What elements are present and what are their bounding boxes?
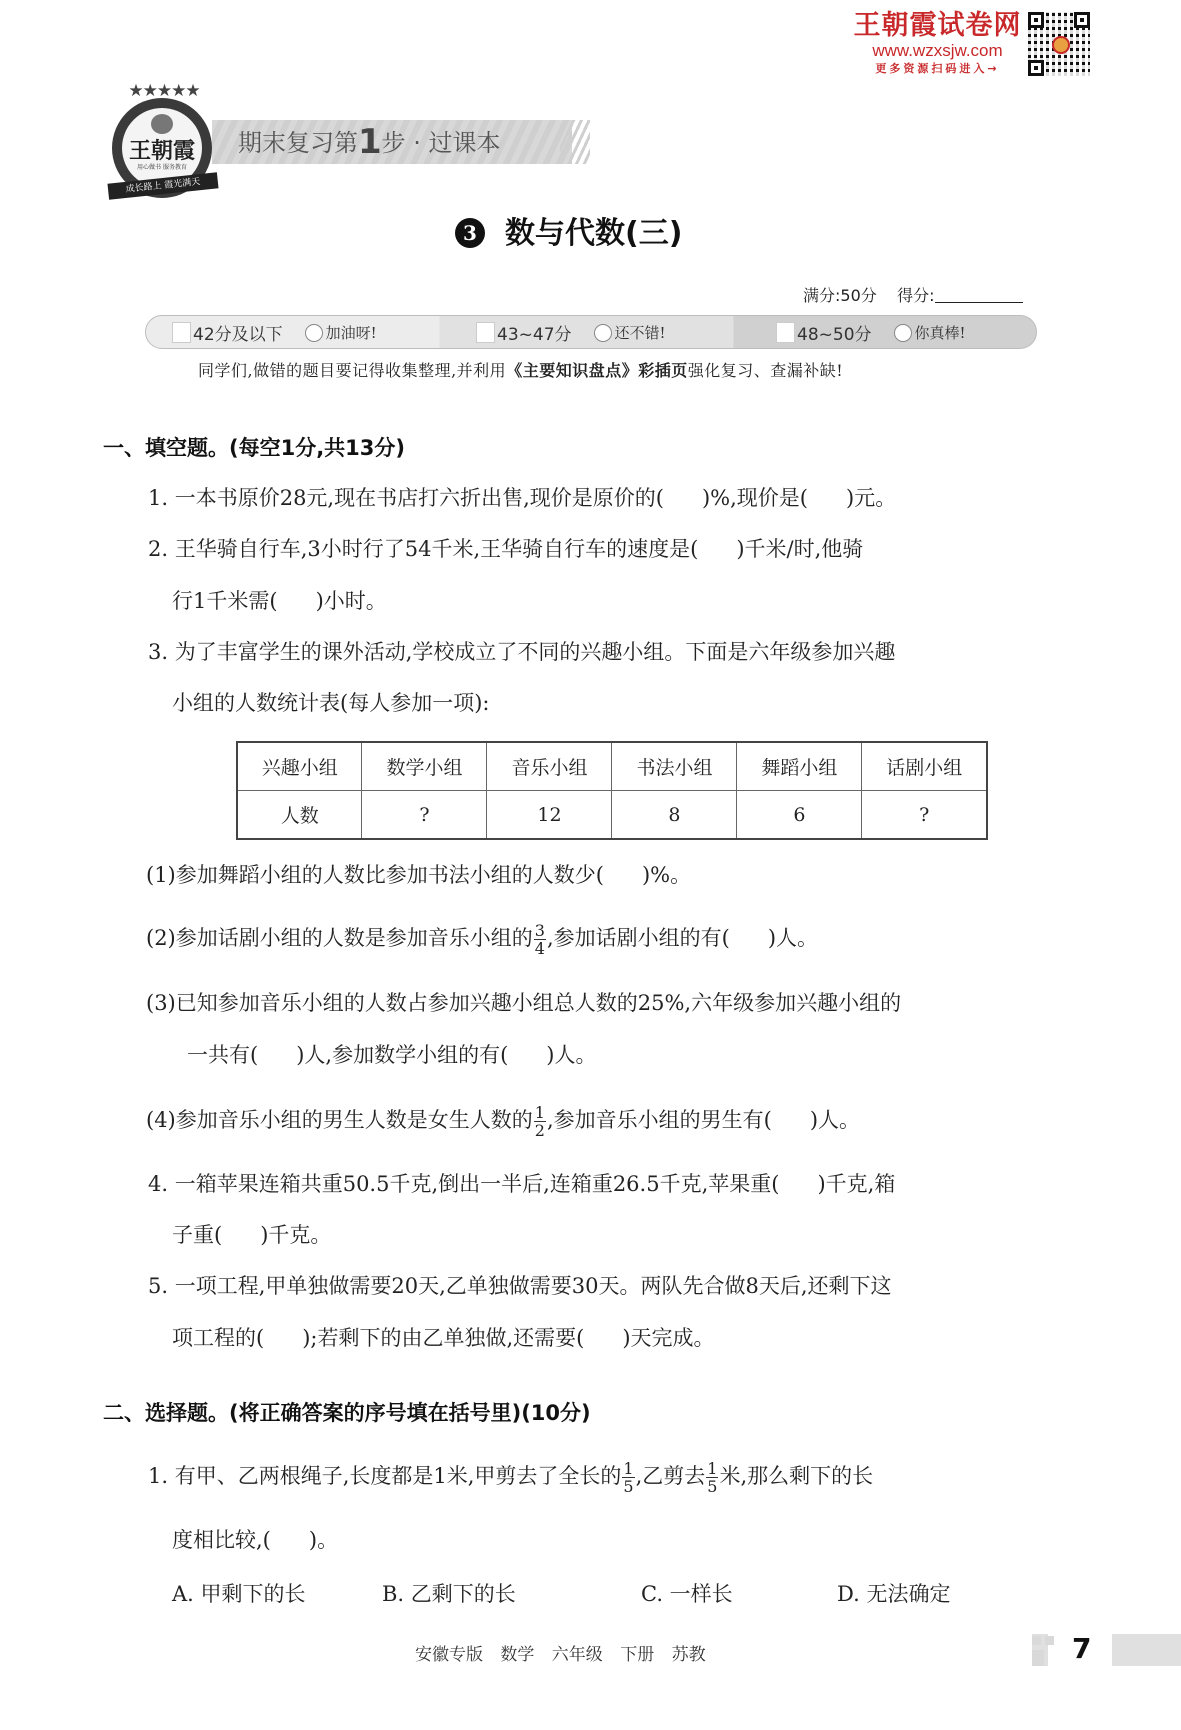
question-1-4-line1: 4. 一箱苹果连箱共重50.5千克,倒出一半后,连箱重26.5千克,苹果重()千… [148, 1169, 895, 1199]
logo-portrait-icon [151, 114, 173, 134]
score-input-blank[interactable] [935, 288, 1023, 303]
question-1-3-sub2: (2)参加话剧小组的人数是参加音乐小组的34,参加话剧小组的有()人。 [146, 922, 818, 957]
rating-checkbox[interactable] [476, 322, 495, 343]
question-1-1: 1. 一本书原价28元,现在书店打六折出售,现价是原价的()%,现价是()元。 [148, 483, 896, 513]
question-1-3-line2: 小组的人数统计表(每人参加一项): [172, 688, 489, 718]
unit-title: 数与代数(三) [505, 216, 682, 251]
banner-prefix: 期末复习第 [238, 129, 358, 157]
table-header-row: 兴趣小组 数学小组 音乐小组 书法小组 舞蹈小组 话剧小组 [237, 742, 987, 791]
publisher-logo: ★★★★★ 王朝霞 用心做书 服务教育 成长路上 霞光满天 [108, 78, 218, 204]
qr-code-icon[interactable] [1028, 12, 1090, 76]
star-face-icon [894, 324, 912, 342]
footer-edition: 安徽专版 数学 六年级 下册 苏教 [415, 1640, 706, 1665]
logo-stars-icon: ★★★★★ [116, 80, 212, 102]
page-decoration [1032, 1636, 1041, 1645]
brand-block: 王朝霞试卷网 www.wzxsjw.com 更多资源扫码进入→ [850, 10, 1025, 78]
rating-range: 48~50分 [797, 320, 872, 345]
question-1-3-sub3-line1: (3)已知参加音乐小组的人数占参加兴趣小组总人数的25%,六年级参加兴趣小组的 [146, 988, 901, 1018]
question-1-4-line2: 子重()千克。 [172, 1220, 331, 1250]
study-tip: 同学们,做错的题目要记得收集整理,并利用《主要知识盘点》彩插页强化复习、查漏补缺… [198, 358, 843, 381]
page-title: 3数与代数(三) [455, 212, 682, 256]
banner-suffix: 步 · 过课本 [382, 129, 501, 157]
score-line: 满分:50分 得分: [803, 283, 1023, 306]
rating-message: 你真棒! [915, 322, 966, 343]
page-decoration [1045, 1636, 1054, 1645]
rating-range: 42分及以下 [193, 320, 283, 345]
table-cell: 兴趣小组 [237, 742, 362, 791]
option-d[interactable]: D. 无法确定 [837, 1578, 950, 1608]
fraction: 15 [706, 1460, 718, 1495]
question-1-3-sub1: (1)参加舞蹈小组的人数比参加书法小组的人数少()%。 [146, 860, 691, 890]
full-score: 满分:50分 [803, 286, 877, 305]
rating-range: 43~47分 [497, 320, 572, 345]
rating-option-3[interactable]: 48~50分 你真棒! [776, 320, 966, 345]
rating-option-1[interactable]: 42分及以下 加油呀! [172, 320, 377, 345]
brand-name: 王朝霞试卷网 [850, 10, 1025, 42]
question-1-3-sub4: (4)参加音乐小组的男生人数是女生人数的12,参加音乐小组的男生有()人。 [146, 1104, 860, 1139]
rating-message: 还不错! [615, 322, 666, 343]
section-2-heading: 二、选择题。(将正确答案的序号填在括号里)(10分) [103, 1397, 591, 1427]
question-2-1-line1: 1. 有甲、乙两根绳子,长度都是1米,甲剪去了全长的15,乙剪去15米,那么剩下… [148, 1460, 873, 1495]
table-cell: 音乐小组 [487, 742, 612, 791]
rating-message: 加油呀! [326, 322, 377, 343]
question-2-1-line2: 度相比较,()。 [172, 1525, 338, 1555]
table-cell: 人数 [237, 791, 362, 840]
banner-step-number: 1 [358, 122, 382, 162]
table-cell: 书法小组 [612, 742, 737, 791]
table-cell: 6 [737, 791, 862, 840]
smile-face-icon [594, 324, 612, 342]
fraction: 15 [622, 1460, 634, 1495]
self-rating-bar: 42分及以下 加油呀! 43~47分 还不错! 48~50分 你真棒! [145, 315, 1037, 349]
question-1-5-line2: 项工程的();若剩下的由乙单独做,还需要()天完成。 [172, 1323, 715, 1353]
tip-bold-reference: 《主要知识盘点》彩插页 [506, 361, 688, 380]
table-cell: 舞蹈小组 [737, 742, 862, 791]
fraction: 34 [534, 922, 546, 957]
table-cell: 12 [487, 791, 612, 840]
tip-text-end: 强化复习、查漏补缺! [688, 361, 843, 380]
banner-stripes [560, 120, 590, 164]
table-cell: ? [862, 791, 987, 840]
option-c[interactable]: C. 一样长 [641, 1578, 733, 1608]
logo-subtitle: 用心做书 服务教育 [122, 162, 202, 171]
question-1-2-line2: 行1千米需()小时。 [172, 586, 387, 616]
option-a[interactable]: A. 甲剩下的长 [172, 1578, 306, 1608]
got-score-label: 得分: [897, 286, 934, 305]
table-cell: 数学小组 [362, 742, 487, 791]
section-1-heading: 一、填空题。(每空1分,共13分) [103, 432, 405, 462]
question-1-5-line1: 5. 一项工程,甲单独做需要20天,乙单独做需要30天。两队先合做8天后,还剩下… [148, 1271, 892, 1301]
question-1-3-sub3-line2: 一共有()人,参加数学小组的有()人。 [187, 1040, 596, 1070]
rating-checkbox[interactable] [776, 322, 795, 343]
unit-number-badge: 3 [455, 218, 485, 248]
fraction: 12 [534, 1104, 546, 1139]
brand-url[interactable]: www.wzxsjw.com [850, 42, 1025, 60]
page-number: 7 [1072, 1632, 1091, 1665]
table-cell: ? [362, 791, 487, 840]
cheer-face-icon [305, 324, 323, 342]
interest-group-table: 兴趣小组 数学小组 音乐小组 书法小组 舞蹈小组 话剧小组 人数 ? 12 8 … [236, 741, 988, 840]
logo-name: 王朝霞 [122, 134, 202, 165]
tip-text: 同学们,做错的题目要记得收集整理,并利用 [198, 361, 506, 380]
page-decoration [1032, 1650, 1044, 1666]
qr-center-logo-icon [1052, 36, 1070, 54]
table-cell: 话剧小组 [862, 742, 987, 791]
table-cell: 8 [612, 791, 737, 840]
brand-tagline: 更多资源扫码进入→ [850, 60, 1025, 78]
question-1-3-line1: 3. 为了丰富学生的课外活动,学校成立了不同的兴趣小组。下面是六年级参加兴趣 [148, 637, 895, 667]
rating-checkbox[interactable] [172, 322, 191, 343]
table-row: 人数 ? 12 8 6 ? [237, 791, 987, 840]
banner-title: 期末复习第1步 · 过课本 [238, 124, 501, 161]
rating-option-2[interactable]: 43~47分 还不错! [476, 320, 666, 345]
question-1-2-line1: 2. 王华骑自行车,3小时行了54千米,王华骑自行车的速度是()千米/时,他骑 [148, 534, 863, 564]
option-b[interactable]: B. 乙剩下的长 [382, 1578, 516, 1608]
